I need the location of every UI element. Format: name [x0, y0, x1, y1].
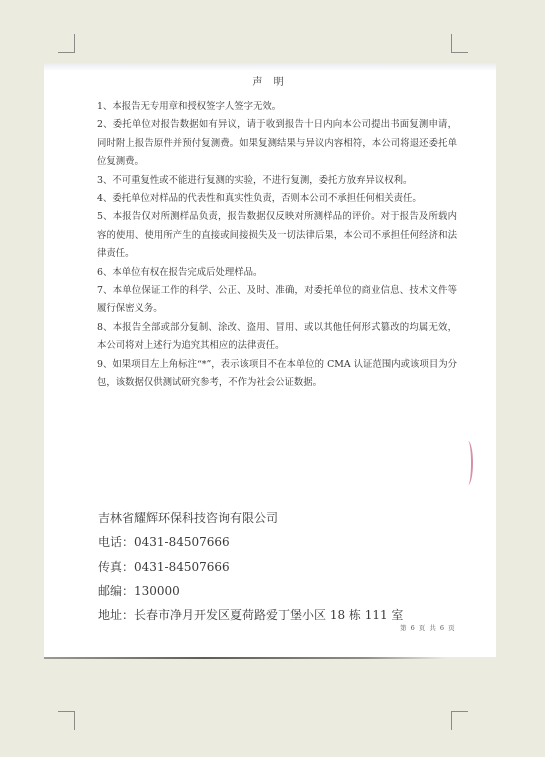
clause-2: 2、委托单位对报告数据如有异议，请于收到报告十日内向本公司提出书面复测申请，同时… — [97, 116, 457, 171]
clause-9: 9、如果项目左上角标注“*”，表示该项目不在本单位的 CMA 认证范围内或该项目… — [97, 356, 457, 393]
clause-7: 7、本单位保证工作的科学、公正、及时、准确，对委托单位的商业信息、技术文件等履行… — [97, 282, 457, 319]
page-title: 声 明 — [44, 73, 496, 88]
clause-3: 3、不可重复性或不能进行复测的实验，不进行复测，委托方放弃异议权利。 — [97, 172, 457, 190]
declaration-clauses: 1、本报告无专用章和授权签字人签字无效。 2、委托单位对报告数据如有异议，请于收… — [97, 98, 457, 393]
company-phone: 电话：0431-84507666 — [98, 530, 403, 554]
company-fax: 传真：0431-84507666 — [98, 555, 403, 579]
clause-8: 8、本报告全部或部分复制、涂改、盗用、冒用、或以其他任何形式篡改的均属无效，本公… — [97, 319, 457, 356]
clause-1: 1、本报告无专用章和授权签字人签字无效。 — [97, 98, 457, 116]
clause-4: 4、委托单位对样品的代表性和真实性负责，否则本公司不承担任何相关责任。 — [97, 190, 457, 208]
company-address: 地址：长春市净月开发区夏荷路爱丁堡小区 18 栋 111 室 — [98, 603, 403, 627]
crop-mark-top-right — [451, 34, 468, 53]
company-postcode: 邮编：130000 — [98, 579, 403, 603]
crop-mark-top-left — [58, 34, 75, 53]
company-name: 吉林省耀辉环保科技咨询有限公司 — [98, 506, 403, 530]
seal-edge-mark — [463, 441, 473, 485]
clause-5: 5、本报告仅对所测样品负责，报告数据仅反映对所测样品的评价。对于报告及所载内容的… — [97, 208, 457, 263]
crop-mark-bottom-right — [451, 711, 468, 730]
document-page: 声 明 1、本报告无专用章和授权签字人签字无效。 2、委托单位对报告数据如有异议… — [44, 63, 496, 657]
crop-mark-bottom-left — [58, 711, 75, 730]
clause-6: 6、本单位有权在报告完成后处理样品。 — [97, 264, 457, 282]
company-info: 吉林省耀辉环保科技咨询有限公司 电话：0431-84507666 传真：0431… — [98, 506, 403, 627]
page-number: 第 6 页 共 6 页 — [400, 623, 456, 632]
